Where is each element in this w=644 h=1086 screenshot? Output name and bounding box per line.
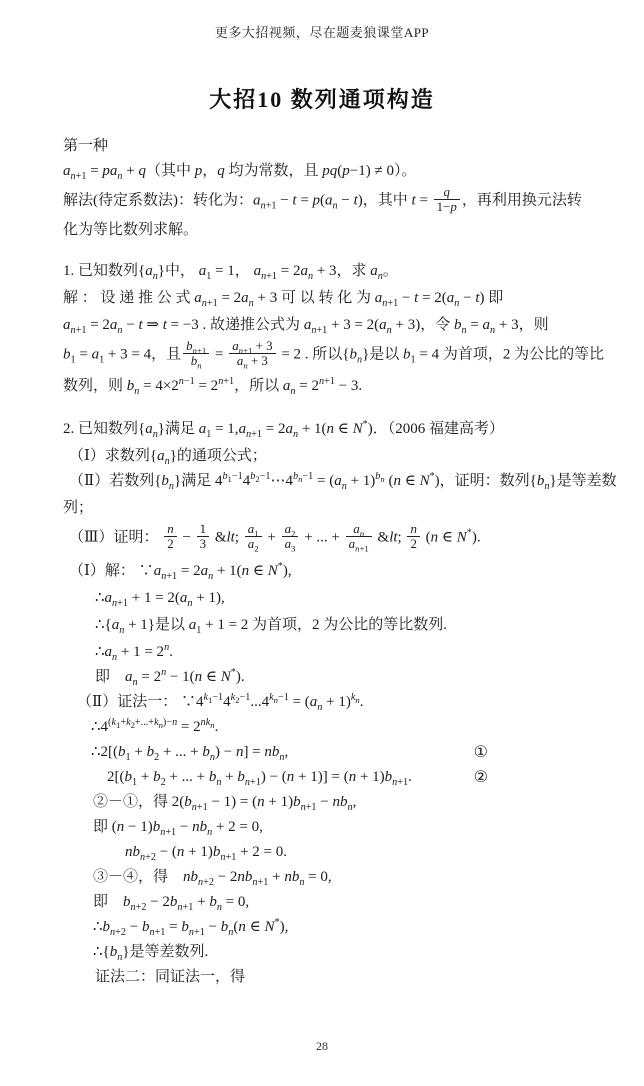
text-line: 即 bn+2 − 2bn+1 + bn = 0, xyxy=(63,890,588,915)
text-line: 即 (n − 1)bn+1 − nbn + 2 = 0, xyxy=(63,815,588,840)
fraction: n2 xyxy=(407,522,419,552)
fraction: anan+1 xyxy=(346,522,372,552)
text-line: 证法二：同证法一，得 xyxy=(63,965,588,990)
page-title: 大招10 数列通项构造 xyxy=(0,83,644,114)
text-line: （Ⅲ）证明： n2 − 13 &lt; a1a2 + a2a3 + ... + … xyxy=(63,523,588,553)
fraction: an+1 + 3an + 3 xyxy=(229,339,275,369)
fraction: bn+1bn xyxy=(183,339,209,369)
text-line: （Ⅰ）求数列{an}的通项公式； xyxy=(63,444,588,469)
text-line: b1 = a1 + 3 = 4，且bn+1bn = an+1 + 3an + 3… xyxy=(63,340,588,370)
document-body: 第一种an+1 = pan + q（其中 p，q 均为常数，且 pq(p−1) … xyxy=(0,114,644,990)
document-page: 更多大招视频，尽在题麦狼课堂APP 大招10 数列通项构造 第一种an+1 = … xyxy=(0,0,644,1086)
text-line: ∴an+1 + 1 = 2(an + 1), xyxy=(63,586,588,611)
fraction: q1−p xyxy=(434,185,460,215)
text-line: 列； xyxy=(63,496,588,521)
equation-number: ② xyxy=(474,765,488,790)
text-line: 第一种 xyxy=(63,134,588,159)
page-number: 28 xyxy=(0,1039,644,1054)
text-line: （Ⅰ）解： ∵an+1 = 2an + 1(n ∈ N*), xyxy=(63,559,588,584)
text-line: 即 an = 2n − 1(n ∈ N*). xyxy=(63,665,588,690)
fraction: a2a3 xyxy=(282,522,299,552)
text-line: ∴2[(b1 + b2 + ... + bn) − n] = nbn,① xyxy=(63,740,588,765)
text-line: ∴4(k1+k2+...+kn)−n = 2nkn. xyxy=(63,715,588,740)
text-line: 解法(待定系数法)：转化为：an+1 − t = p(an − t)，其中 t … xyxy=(63,186,588,216)
text-line: an+1 = pan + q（其中 p，q 均为常数，且 pq(p−1) ≠ 0… xyxy=(63,159,588,184)
fraction: a1a2 xyxy=(245,522,262,552)
text-line: 解 ： 设 递 推 公 式 an+1 = 2an + 3 可 以 转 化 为 a… xyxy=(63,286,588,311)
text-line: an+1 = 2an − t ⇒ t = −3 . 故递推公式为 an+1 + … xyxy=(63,313,588,338)
text-line: 2[(b1 + b2 + ... + bn + bn+1) − (n + 1)]… xyxy=(63,765,588,790)
text-line: 2. 已知数列{an}满足 a1 = 1,an+1 = 2an + 1(n ∈ … xyxy=(63,417,588,442)
equation-number: ① xyxy=(474,740,488,765)
page-header: 更多大招视频，尽在题麦狼课堂APP xyxy=(0,0,644,41)
text-line: 1. 已知数列{an}中， a1 = 1， an+1 = 2an + 3，求 a… xyxy=(63,259,588,284)
fraction: 13 xyxy=(197,522,209,552)
text-line: ∴an + 1 = 2n. xyxy=(63,640,588,665)
text-line: ∴{bn}是等差数列. xyxy=(63,940,588,965)
fraction: n2 xyxy=(164,522,176,552)
text-line: 化为等比数列求解。 xyxy=(63,218,588,243)
text-line: ②－①，得 2(bn+1 − 1) = (n + 1)bn+1 − nbn, xyxy=(63,790,588,815)
text-line: 数列，则 bn = 4×2n−1 = 2n+1，所以 an = 2n+1 − 3… xyxy=(63,374,588,399)
text-line: ③－④，得 nbn+2 − 2nbn+1 + nbn = 0, xyxy=(63,865,588,890)
text-line: （Ⅱ）若数列{bn}满足 4b1−14b2−1⋯4bn−1 = (an + 1)… xyxy=(63,469,588,494)
text-line: （Ⅱ）证法一： ∵4k1−14k2−1...4kn−1 = (an + 1)kn… xyxy=(63,690,588,715)
text-line: ∴{an + 1}是以 a1 + 1 = 2 为首项，2 为公比的等比数列. xyxy=(63,613,588,638)
text-line: ∴bn+2 − bn+1 = bn+1 − bn(n ∈ N*), xyxy=(63,915,588,940)
text-line: nbn+2 − (n + 1)bn+1 + 2 = 0. xyxy=(63,840,588,865)
